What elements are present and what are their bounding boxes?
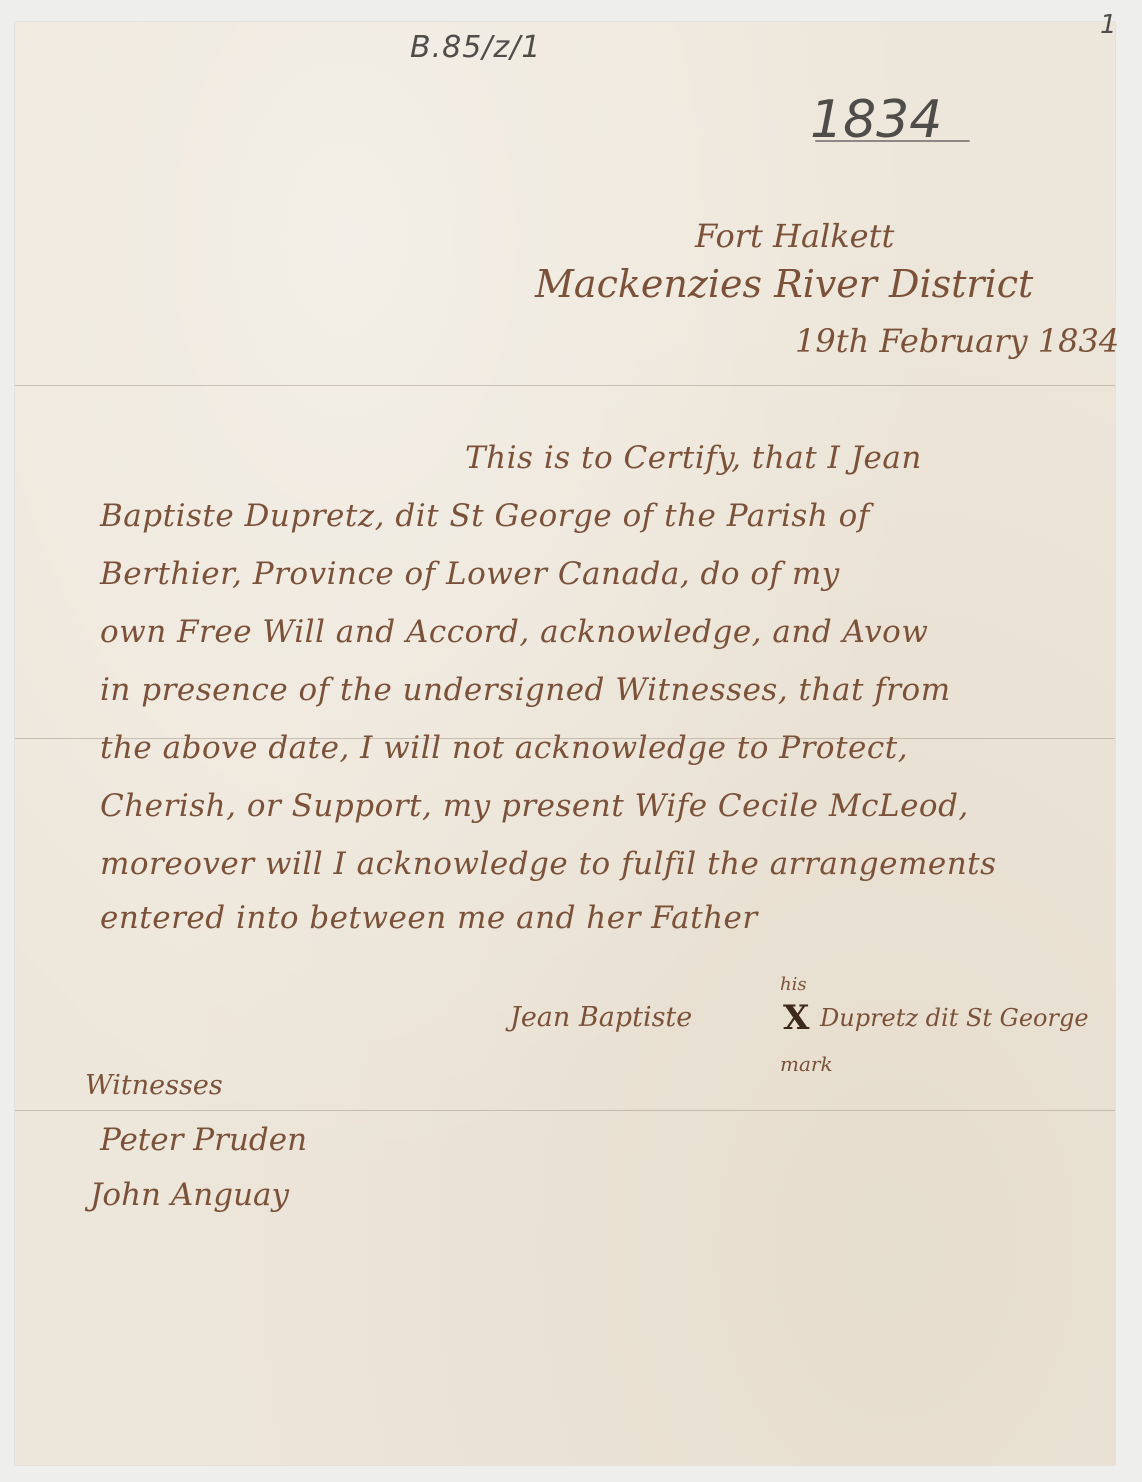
fold-line xyxy=(15,1110,1115,1111)
witness-name-1: Peter Pruden xyxy=(100,1122,307,1158)
witness-name-2: John Anguay xyxy=(90,1177,289,1213)
header-date: 19th February 1834 xyxy=(795,322,1119,360)
signature-his: his xyxy=(780,974,807,995)
year-underline xyxy=(815,140,970,142)
signature-last-name: Dupretz dit St George xyxy=(820,1004,1089,1032)
archive-reference: B.85/z/1 xyxy=(410,30,541,65)
witnesses-heading: Witnesses xyxy=(85,1070,223,1101)
body-line-6: the above date, I will not acknowledge t… xyxy=(100,730,908,766)
body-line-5: in presence of the undersigned Witnesses… xyxy=(100,672,951,708)
signature-mark-label: mark xyxy=(780,1052,833,1076)
header-place: Fort Halkett xyxy=(695,217,894,255)
header-district: Mackenzies River District xyxy=(535,262,1033,306)
signature-mark-x: X xyxy=(783,998,809,1038)
body-line-9: entered into between me and her Father xyxy=(100,900,758,936)
body-line-7: Cherish, or Support, my present Wife Cec… xyxy=(100,788,969,824)
body-line-3: Berthier, Province of Lower Canada, do o… xyxy=(100,556,840,592)
document-sheet: B.85/z/1 1834 1 Fort Halkett Mackenzies … xyxy=(15,22,1115,1465)
body-line-1: This is to Certify, that I Jean xyxy=(465,440,922,476)
fold-line xyxy=(15,385,1115,386)
signature-first-name: Jean Baptiste xyxy=(510,1002,692,1033)
body-line-2: Baptiste Dupretz, dit St George of the P… xyxy=(100,498,870,534)
body-line-8: moreover will I acknowledge to fulfil th… xyxy=(100,846,997,882)
body-line-4: own Free Will and Accord, acknowledge, a… xyxy=(100,614,928,650)
page-number: 1 xyxy=(1100,10,1117,40)
